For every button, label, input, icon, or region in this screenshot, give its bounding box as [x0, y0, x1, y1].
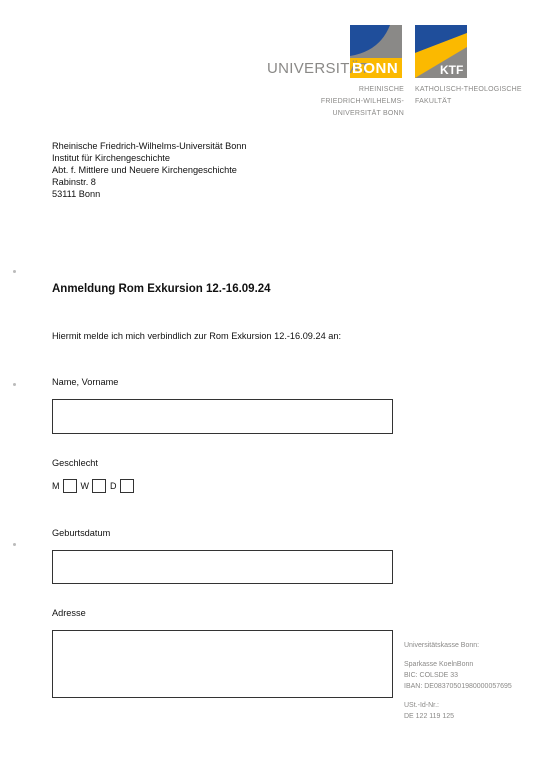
- address-field[interactable]: [52, 630, 393, 698]
- gender-m-checkbox[interactable]: [63, 479, 77, 493]
- address-line: 53111 Bonn: [52, 188, 247, 200]
- logo-subtitle-faculty: KATHOLISCH-THEOLOGISCHE FAKULTÄT: [415, 84, 525, 108]
- address-line: Rabinstr. 8: [52, 176, 247, 188]
- address-line: Abt. f. Mittlere und Neuere Kirchengesch…: [52, 164, 247, 176]
- name-label: Name, Vorname: [52, 377, 118, 387]
- logo-sub-line: FRIEDRICH-WILHELMS-: [300, 96, 404, 108]
- logo-ktf: KTF: [440, 63, 463, 77]
- bank-heading: Universitätskasse Bonn:: [404, 640, 512, 651]
- birthdate-label: Geburtsdatum: [52, 528, 110, 538]
- gender-w-label: W: [81, 481, 90, 491]
- gender-d-checkbox[interactable]: [120, 479, 134, 493]
- logo-bonn: BONN: [352, 60, 398, 77]
- gender-m-label: M: [52, 481, 60, 491]
- fold-mark: [13, 543, 16, 546]
- sender-address: Rheinische Friedrich-Wilhelms-Universitä…: [52, 140, 247, 200]
- address-line: Rheinische Friedrich-Wilhelms-Universitä…: [52, 140, 247, 152]
- vat-label: USt.-Id-Nr.:: [404, 700, 512, 711]
- birthdate-field[interactable]: [52, 550, 393, 584]
- uni-bonn-emblem-icon: [350, 25, 402, 58]
- address-label: Adresse: [52, 608, 86, 618]
- fold-mark: [13, 270, 16, 273]
- fold-mark: [13, 383, 16, 386]
- name-field[interactable]: [52, 399, 393, 434]
- vat-value: DE 122 119 125: [404, 711, 512, 722]
- address-line: Institut für Kirchengeschichte: [52, 152, 247, 164]
- gender-d-label: D: [110, 481, 117, 491]
- logo-sub-line: UNIVERSITÄT BONN: [300, 108, 404, 120]
- form-intro: Hiermit melde ich mich verbindlich zur R…: [52, 331, 341, 341]
- form-title: Anmeldung Rom Exkursion 12.-16.09.24: [52, 283, 271, 295]
- logo-subtitle-university: RHEINISCHE FRIEDRICH-WILHELMS- UNIVERSIT…: [300, 84, 404, 120]
- gender-label: Geschlecht: [52, 458, 98, 468]
- logo-sub-line: KATHOLISCH-THEOLOGISCHE: [415, 84, 525, 96]
- logo-sub-line: RHEINISCHE: [300, 84, 404, 96]
- bank-bic: BIC: COLSDE 33: [404, 670, 512, 681]
- bank-iban: IBAN: DE08370501980000057695: [404, 681, 512, 692]
- bank-info: Universitätskasse Bonn: Sparkasse KoelnB…: [404, 640, 512, 722]
- bank-name: Sparkasse KoelnBonn: [404, 659, 512, 670]
- logo-sub-line: FAKULTÄT: [415, 96, 525, 108]
- gender-options: M W D: [52, 479, 138, 493]
- gender-w-checkbox[interactable]: [92, 479, 106, 493]
